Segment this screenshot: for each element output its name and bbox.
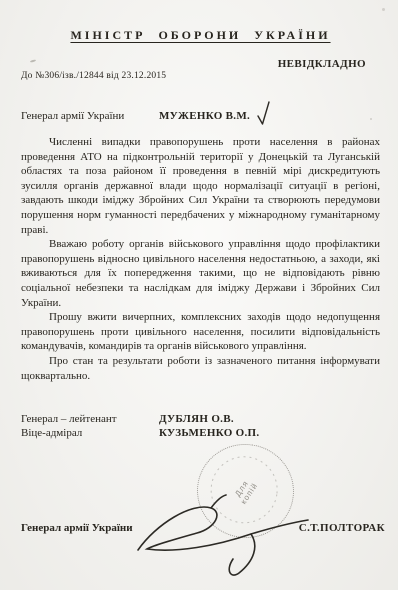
document-page: МІНІСТР ОБОРОНИ УКРАЇНИ НЕВІДКЛАДНО До №… <box>0 0 398 590</box>
paragraph-3: Прошу вжити вичерпних, комплексних заход… <box>21 310 380 354</box>
approval-row: Генерал армії України С.Т.ПОЛТОРАК <box>21 522 385 534</box>
document-title: МІНІСТР ОБОРОНИ УКРАЇНИ <box>21 28 380 43</box>
addressee-row: Генерал армії України МУЖЕНКО В.М. <box>21 96 380 122</box>
scan-artifact <box>382 8 385 11</box>
handwritten-signature <box>118 440 328 590</box>
paragraph-4: Про стан та результати роботи із зазначе… <box>21 354 380 383</box>
signatory-name: ДУБЛЯН О.В. <box>159 412 234 426</box>
reference-number: До №306/ізв./12844 від 23.12.2015 <box>21 71 380 81</box>
approval-rank: Генерал армії України <box>21 522 133 534</box>
signatory-rank: Віце-адмірал <box>21 426 159 440</box>
paragraph-2: Вважаю роботу органів військового управл… <box>21 237 380 310</box>
signatories-block: Генерал – лейтенант ДУБЛЯН О.В. Віце-адм… <box>21 412 380 440</box>
check-icon <box>256 100 271 126</box>
document-body: Численні випадки правопорушень проти нас… <box>21 135 380 383</box>
approval-name: С.Т.ПОЛТОРАК <box>299 522 385 534</box>
addressee-name: МУЖЕНКО В.М. <box>159 110 250 122</box>
signatory-row: Віце-адмірал КУЗЬМЕНКО О.П. <box>21 426 380 440</box>
urgency-label: НЕВІДКЛАДНО <box>21 58 380 70</box>
signatory-rank: Генерал – лейтенант <box>21 412 159 426</box>
signatory-row: Генерал – лейтенант ДУБЛЯН О.В. <box>21 412 380 426</box>
addressee-rank: Генерал армії України <box>21 110 159 122</box>
paragraph-1: Численні випадки правопорушень проти нас… <box>21 135 380 237</box>
